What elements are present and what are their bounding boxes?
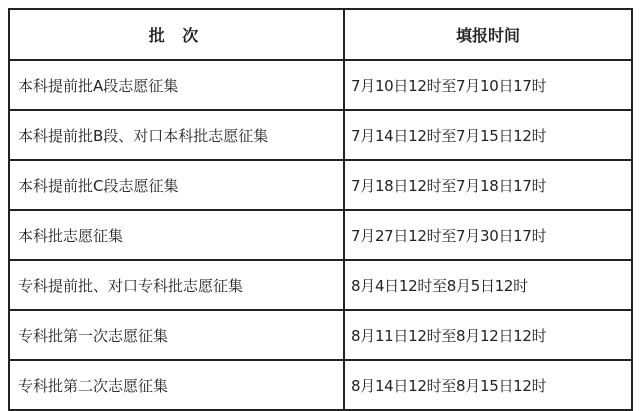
- batch-cell: 专科批第二次志愿征集: [9, 360, 344, 400]
- table-row: 专科提前批、对口专科批志愿征集 8月4日12时至8月5日12时: [9, 260, 632, 310]
- batch-cell: 专科批第一次志愿征集: [9, 310, 344, 360]
- table-row: 专科批第一次志愿征集 8月11日12时至8月12日12时: [9, 310, 632, 360]
- table-row: 本科提前批A段志愿征集 7月10日12时至7月10日17时: [9, 60, 632, 110]
- batch-cell: 本科批志愿征集: [9, 210, 344, 260]
- batch-cell: 专科提前批、对口专科批志愿征集: [9, 260, 344, 310]
- time-cell: 7月14日12时至7月15日12时: [344, 110, 632, 160]
- batch-cell: 本科提前批B段、对口本科批志愿征集: [9, 110, 344, 160]
- time-cell: 7月18日12时至7月18日17时: [344, 160, 632, 210]
- table-row: 本科提前批B段、对口本科批志愿征集 7月14日12时至7月15日12时: [9, 110, 632, 160]
- time-cell: 8月11日12时至8月12日12时: [344, 310, 632, 360]
- table-row: 本科提前批C段志愿征集 7月18日12时至7月18日17时: [9, 160, 632, 210]
- time-cell: 8月14日12时至8月15日12时: [344, 360, 632, 400]
- volunteer-collection-schedule-table: 批 次 填报时间 本科提前批A段志愿征集 7月10日12时至7月10日17时 本…: [8, 8, 633, 400]
- table-header-row: 批 次 填报时间: [9, 9, 632, 60]
- header-fill-time: 填报时间: [344, 9, 632, 60]
- header-batch: 批 次: [9, 9, 344, 60]
- schedule-table-container: 批 次 填报时间 本科提前批A段志愿征集 7月10日12时至7月10日17时 本…: [8, 8, 633, 400]
- table-row: 专科批第二次志愿征集 8月14日12时至8月15日12时: [9, 360, 632, 400]
- table-row: 本科批志愿征集 7月27日12时至7月30日17时: [9, 210, 632, 260]
- batch-cell: 本科提前批C段志愿征集: [9, 160, 344, 210]
- time-cell: 8月4日12时至8月5日12时: [344, 260, 632, 310]
- time-cell: 7月10日12时至7月10日17时: [344, 60, 632, 110]
- time-cell: 7月27日12时至7月30日17时: [344, 210, 632, 260]
- batch-cell: 本科提前批A段志愿征集: [9, 60, 344, 110]
